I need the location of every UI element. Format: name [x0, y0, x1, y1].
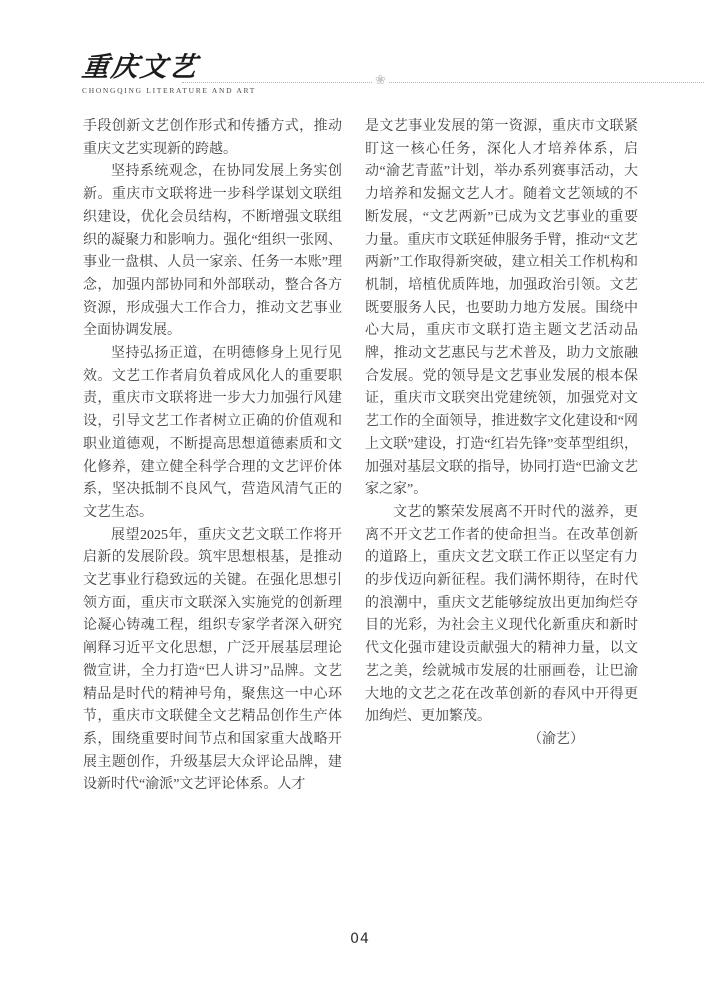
flower-ornament-icon: ❀: [372, 74, 389, 87]
paragraph: 坚持弘扬正道，在明德修身上见行见效。文艺工作者肩负着成风化人的重要职责，重庆市文…: [83, 343, 342, 525]
paragraph: 文艺的繁荣发展离不开时代的滋养，更离不开文艺工作者的使命担当。在改革创新的道路上…: [365, 502, 638, 729]
masthead-logo: 重庆文艺 CHONGQING LITERATURE AND ART: [82, 52, 256, 95]
article-body: 手段创新文艺创作形式和传播方式，推动重庆文艺实现新的跨越。 坚持系统观念，在协同…: [83, 116, 638, 797]
paragraph: 坚持系统观念，在协同发展上务实创新。重庆市文联将进一步科学谋划文联组织建设，优化…: [83, 161, 342, 343]
paragraph-continuation: 是文艺事业发展的第一资源，重庆市文联紧盯这一核心任务，深化人才培养体系，启动“渝…: [365, 116, 638, 502]
magazine-page: 重庆文艺 CHONGQING LITERATURE AND ART ❀ 手段创新…: [0, 0, 720, 992]
masthead-subtitle: CHONGQING LITERATURE AND ART: [82, 86, 256, 95]
masthead-calligraphy: 重庆文艺: [80, 52, 257, 84]
left-column: 手段创新文艺创作形式和传播方式，推动重庆文艺实现新的跨越。 坚持系统观念，在协同…: [83, 116, 342, 797]
byline: （渝艺）: [365, 729, 638, 752]
page-number: 04: [0, 931, 720, 947]
paragraph-continuation: 手段创新文艺创作形式和传播方式，推动重庆文艺实现新的跨越。: [83, 116, 342, 161]
paragraph: 展望2025年，重庆文艺文联工作将开启新的发展阶段。筑牢思想根基，是推动文艺事业…: [83, 525, 342, 797]
header-dotted-rule: ❀: [182, 82, 704, 83]
right-column: 是文艺事业发展的第一资源，重庆市文联紧盯这一核心任务，深化人才培养体系，启动“渝…: [365, 116, 638, 797]
